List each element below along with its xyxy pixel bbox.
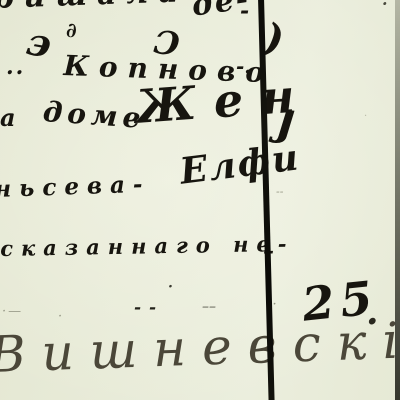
pencil-dash-2: · (58, 310, 62, 323)
handwriting-line1-word: ришала (0, 0, 188, 14)
ink-speck-1: · (168, 280, 173, 294)
line3-lead-dots: .. (6, 56, 25, 78)
ink-speck-3: · (364, 112, 367, 122)
page-right-edge (395, 0, 400, 400)
handwriting-line4-dome: доме (42, 98, 146, 133)
entry-number-period: . (366, 294, 379, 330)
handwriting-line5-name: Елфи (178, 139, 302, 189)
line4-right-hook: ȷ (275, 94, 296, 141)
pencil-dash-1: ·— (2, 305, 23, 318)
handwriting-line6: сказаннаго не- (0, 233, 295, 259)
ditto-mark-1: э (23, 22, 54, 64)
pencil-dash-3: –– (202, 300, 216, 314)
ditto-mark-small: ∂ (66, 20, 77, 40)
ink-speck-2: · (382, 0, 388, 12)
handwriting-line4-a: а (0, 106, 16, 130)
document-page: ришаладе--э∂Ɔ)..Копново-.адомеЖенȷньсева… (0, 0, 400, 400)
handwriting-line5-left: ньсева- (0, 173, 151, 201)
ink-dash-pair: - - (134, 300, 157, 317)
pencil-dash-mid: ‐‐ (276, 186, 283, 197)
line1-trailing-dash: - (240, 0, 249, 22)
